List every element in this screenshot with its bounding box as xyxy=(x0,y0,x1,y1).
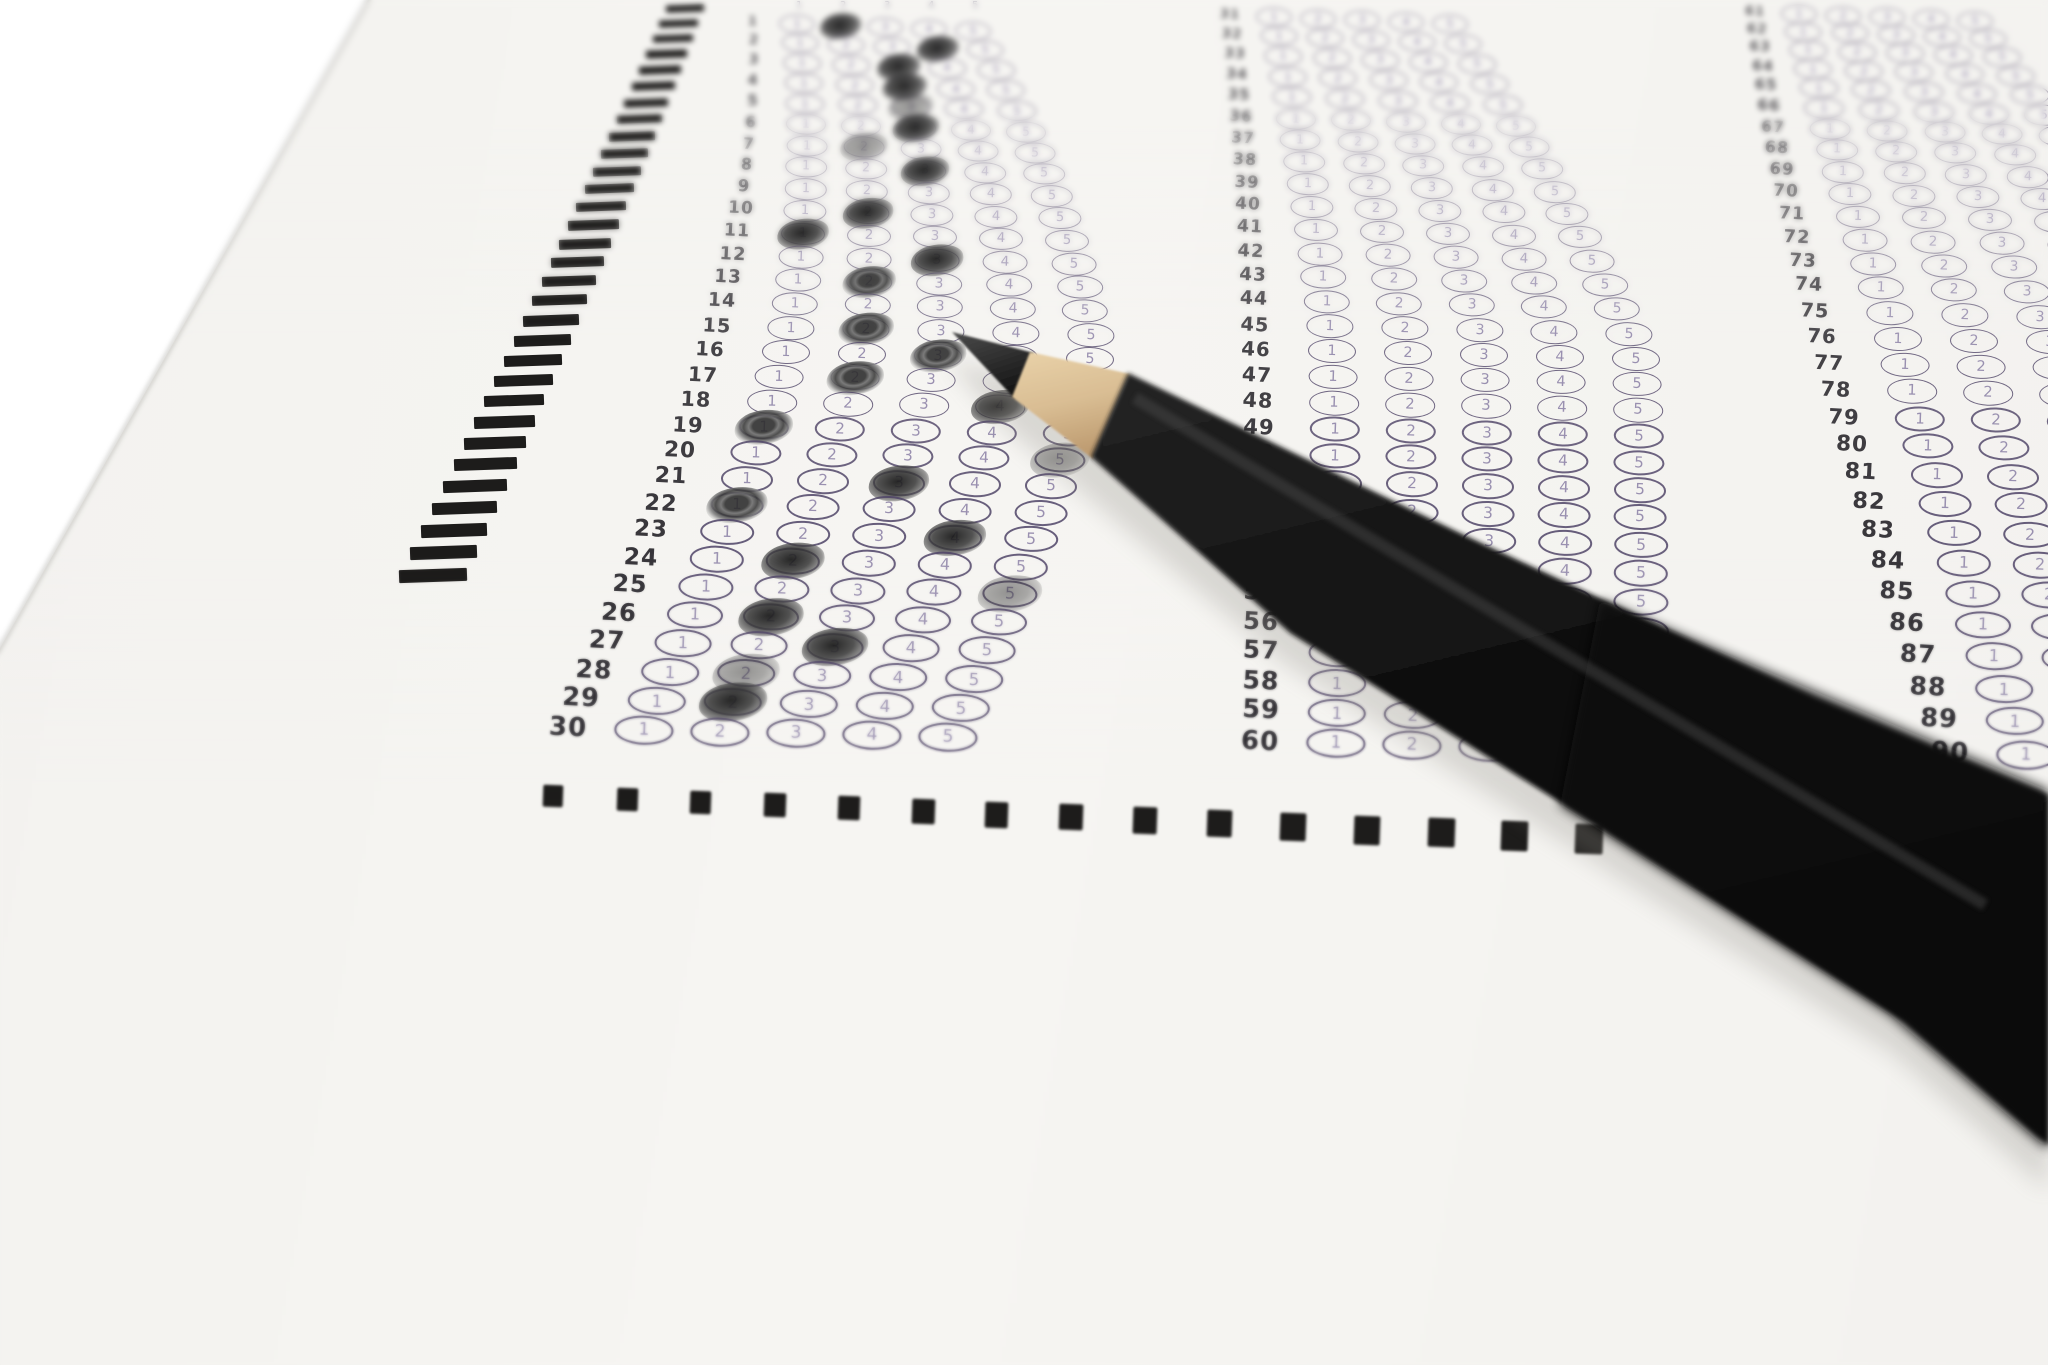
bubble-digit: 2 xyxy=(1892,145,1901,158)
bubble-digit: 5 xyxy=(1071,401,1081,416)
bubble-digit: 5 xyxy=(1046,478,1056,494)
question-number-56: 56 xyxy=(1243,608,1280,634)
bubble-digit: 2 xyxy=(1328,52,1336,64)
bubble-digit: 4 xyxy=(1559,710,1570,727)
question-number-7: 7 xyxy=(743,135,756,151)
bubble-digit: 1 xyxy=(802,118,810,131)
column-header-digit: 4 xyxy=(928,0,934,11)
bubble-digit: 5 xyxy=(992,64,1000,76)
bubble-digit: 1 xyxy=(1846,187,1855,200)
bubble-digit: 2 xyxy=(1408,532,1419,548)
bubble-digit: 1 xyxy=(1949,525,1960,541)
question-number-1: 1 xyxy=(748,15,759,29)
bubble-digit: 5 xyxy=(1635,482,1645,498)
bubble-digit: 3 xyxy=(1483,506,1493,522)
bubble-digit: 3 xyxy=(817,667,828,684)
bubble-digit: 2 xyxy=(1408,560,1419,576)
bubble-digit: 5 xyxy=(1632,377,1642,392)
bubble-digit: 3 xyxy=(2035,309,2045,323)
bubble-digit: 3 xyxy=(902,449,912,464)
bubble-digit: 5 xyxy=(1075,280,1084,294)
bubble-digit: 1 xyxy=(798,57,806,69)
bubble-digit: 3 xyxy=(2009,260,2018,274)
bubble-digit: 2 xyxy=(1867,84,1875,96)
bubble-digit: 4 xyxy=(1530,276,1539,290)
bubble-digit: 1 xyxy=(1804,44,1812,56)
bubble-digit: 2 xyxy=(857,120,865,133)
bubble-digit: 1 xyxy=(1332,644,1343,661)
bubble-digit: 1 xyxy=(689,606,700,623)
bubble-digit: 4 xyxy=(2024,170,2033,183)
question-number-82: 82 xyxy=(1852,489,1886,513)
bubble-digit: 5 xyxy=(1016,558,1027,574)
bubble-digit: 5 xyxy=(1636,594,1647,611)
bubble-digit: 5 xyxy=(1078,376,1088,391)
bubble-digit: 4 xyxy=(1559,740,1570,758)
bubble-digit: 2 xyxy=(1991,413,2001,428)
bubble-digit: 4 xyxy=(1009,350,1019,365)
bubble-digit: 2 xyxy=(1901,167,1910,180)
timing-mark-left xyxy=(432,500,497,515)
bubble-digit: 1 xyxy=(1284,71,1292,83)
bubble-digit: 1 xyxy=(1814,82,1822,94)
question-number-68: 68 xyxy=(1765,139,1790,156)
bubble-digit: 2 xyxy=(1846,27,1854,39)
bubble-digit: 4 xyxy=(1559,507,1569,523)
question-number-80: 80 xyxy=(1836,433,1869,456)
bubble-digit: 4 xyxy=(1402,16,1410,28)
bubble-digit: 1 xyxy=(742,471,752,487)
bubble-digit: 3 xyxy=(1427,181,1436,194)
bubble-digit: 3 xyxy=(936,300,945,314)
question-number-5: 5 xyxy=(747,94,759,109)
bubble-digit: 5 xyxy=(1055,212,1064,225)
bubble-digit: 5 xyxy=(1069,257,1078,271)
bubble-digit: 1 xyxy=(1304,178,1313,191)
timing-mark-bottom xyxy=(1501,821,1529,852)
bubble-digit: 1 xyxy=(1312,223,1321,237)
question-number-81: 81 xyxy=(1844,461,1878,485)
bubble-q3-choice-2: 2 xyxy=(831,54,869,75)
question-number-4: 4 xyxy=(748,74,760,89)
bubble-q12-choice-1: 1 xyxy=(778,245,824,269)
question-number-51: 51 xyxy=(1243,469,1277,493)
bubble-digit: 2 xyxy=(1960,308,1970,322)
bubble-digit: 3 xyxy=(934,277,943,291)
bubble-digit: 2 xyxy=(843,396,853,411)
bubble-digit: 1 xyxy=(1820,102,1828,115)
bubble-digit: 4 xyxy=(1457,118,1465,131)
bubble-digit: 3 xyxy=(1367,34,1375,46)
bubble-digit: 3 xyxy=(1892,29,1900,41)
bubble-q3-choice-1: 1 xyxy=(783,52,821,73)
bubble-digit: 4 xyxy=(960,503,970,519)
bubble-digit: 1 xyxy=(1315,247,1324,261)
bubble-digit: 3 xyxy=(790,725,801,743)
question-number-17: 17 xyxy=(688,364,719,386)
bubble-digit: 2 xyxy=(1372,202,1381,215)
bubble-digit: 5 xyxy=(1538,163,1547,176)
bubble-digit: 1 xyxy=(781,345,791,360)
question-number-29: 29 xyxy=(562,684,601,712)
bubble-digit: 3 xyxy=(888,41,896,53)
bubble-digit: 1 xyxy=(1877,281,1886,295)
question-number-41: 41 xyxy=(1236,219,1263,238)
column-header-digit: 2 xyxy=(840,0,846,11)
bubble-digit: 2 xyxy=(1407,676,1418,693)
timing-mark-left xyxy=(474,415,535,429)
bubble-digit: 1 xyxy=(1331,704,1342,721)
bubble-digit: 2 xyxy=(835,421,845,436)
bubble-digit: 4 xyxy=(1985,107,1993,120)
question-number-53: 53 xyxy=(1243,523,1278,548)
bubble-digit: 4 xyxy=(1560,650,1571,667)
question-number-20: 20 xyxy=(663,439,696,462)
question-number-3: 3 xyxy=(748,54,759,68)
bubble-digit: 2 xyxy=(777,580,788,597)
bubble-q33-choice-3: 3 xyxy=(1361,49,1399,70)
timing-mark-bottom xyxy=(1280,812,1306,841)
bubble-digit: 3 xyxy=(1973,191,1982,204)
question-number-34: 34 xyxy=(1226,67,1249,82)
question-number-36: 36 xyxy=(1229,108,1253,124)
question-number-19: 19 xyxy=(672,414,704,437)
question-number-83: 83 xyxy=(1861,519,1896,544)
bubble-digit: 2 xyxy=(1939,258,1948,272)
bubble-digit: 5 xyxy=(981,44,989,56)
bubble-digit: 3 xyxy=(1962,168,1971,181)
timing-mark-bottom xyxy=(1206,810,1232,838)
bubble-digit: 3 xyxy=(1484,619,1495,636)
bubble-digit: 1 xyxy=(1325,319,1335,333)
bubble-digit: 1 xyxy=(1332,586,1343,603)
bubble-q63-choice-1: 1 xyxy=(1789,39,1827,60)
bubble-digit: 2 xyxy=(842,39,850,51)
bubble-digit: 2 xyxy=(1389,272,1398,286)
question-number-86: 86 xyxy=(1889,609,1926,635)
bubble-digit: 3 xyxy=(1985,213,1994,227)
bubble-digit: 4 xyxy=(1560,535,1571,551)
timing-mark-left xyxy=(666,4,704,12)
bubble-digit: 5 xyxy=(1063,234,1072,248)
bubble-digit: 2 xyxy=(1407,504,1417,520)
question-number-46: 46 xyxy=(1241,339,1271,360)
question-number-60: 60 xyxy=(1241,727,1281,755)
bubble-digit: 2 xyxy=(1949,283,1958,297)
bubble-digit: 5 xyxy=(1636,652,1647,669)
bubble-digit: 5 xyxy=(1612,302,1621,316)
bubble-digit: 2 xyxy=(798,526,809,542)
bubble-digit: 4 xyxy=(1555,350,1565,365)
timing-mark-left xyxy=(421,522,487,537)
bubble-digit: 4 xyxy=(986,188,995,201)
bubble-digit: 3 xyxy=(1481,399,1491,414)
question-number-14: 14 xyxy=(708,291,737,311)
bubble-digit: 3 xyxy=(1940,126,1948,139)
question-number-63: 63 xyxy=(1749,40,1771,55)
bubble-digit: 1 xyxy=(1869,257,1878,271)
bubble-digit: 4 xyxy=(1560,592,1571,609)
timing-mark-bottom xyxy=(543,785,564,808)
bubble-digit: 1 xyxy=(800,77,808,89)
bubble-digit: 4 xyxy=(1998,128,2006,141)
bubble-digit: 4 xyxy=(917,612,928,629)
question-number-72: 72 xyxy=(1783,228,1811,247)
question-number-43: 43 xyxy=(1239,265,1268,285)
bubble-digit: 1 xyxy=(794,273,803,287)
timing-mark-bottom xyxy=(616,787,637,810)
timing-mark-left xyxy=(568,219,619,230)
bubble-digit: 1 xyxy=(802,139,810,152)
bubble-digit: 4 xyxy=(1499,206,1508,219)
bubble-digit: 1 xyxy=(1332,558,1343,574)
bubble-digit: 2 xyxy=(851,79,859,91)
question-number-9: 9 xyxy=(738,178,751,195)
question-number-78: 78 xyxy=(1821,378,1853,400)
bubble-digit: 2 xyxy=(1999,441,2009,456)
bubble-digit: 4 xyxy=(2011,149,2020,162)
timing-mark-bottom xyxy=(1059,804,1084,831)
bubble-digit: 5 xyxy=(1460,38,1468,50)
bubble-digit: 4 xyxy=(1556,375,1566,390)
bubble-digit: 4 xyxy=(1005,278,1014,292)
question-number-45: 45 xyxy=(1240,314,1270,335)
bubble-digit: 3 xyxy=(926,373,936,388)
bubble-digit: 1 xyxy=(1330,448,1340,463)
question-number-6: 6 xyxy=(745,114,757,130)
bubble-digit: 2 xyxy=(2007,469,2017,485)
bubble-digit: 4 xyxy=(992,210,1001,223)
bubble-digit: 1 xyxy=(1322,295,1331,309)
bubble-digit: 5 xyxy=(1550,185,1559,198)
bubble-digit: 4 xyxy=(1446,97,1454,109)
bubble-digit: 4 xyxy=(1008,302,1017,316)
photo-scene: 1123452123453123454123455123456123457123… xyxy=(0,0,2048,1365)
bubble-digit: 4 xyxy=(987,425,997,440)
bubble-digit: 2 xyxy=(1969,333,1979,348)
bubble-digit: 5 xyxy=(1631,351,1641,366)
timing-mark-bottom xyxy=(1575,823,1604,854)
bubble-digit: 4 xyxy=(1550,325,1560,339)
bubble-digit: 3 xyxy=(884,501,894,517)
bubble-digit: 3 xyxy=(1467,298,1476,312)
timing-mark-bottom xyxy=(1427,818,1455,848)
bubble-digit: 1 xyxy=(802,161,811,174)
question-number-76: 76 xyxy=(1807,326,1837,347)
bubble-digit: 2 xyxy=(1360,157,1369,170)
bubble-digit: 2 xyxy=(2044,587,2048,604)
bubble-digit: 2 xyxy=(1929,235,1938,249)
bubble-digit: 2 xyxy=(1395,296,1404,310)
bubble-digit: 1 xyxy=(793,18,801,30)
bubble-digit: 4 xyxy=(1938,31,1946,43)
bubble-digit: 5 xyxy=(1563,207,1572,220)
question-number-31: 31 xyxy=(1220,8,1241,22)
bubble-digit: 3 xyxy=(931,231,940,245)
question-number-15: 15 xyxy=(702,315,732,336)
timing-mark-left xyxy=(399,567,467,582)
question-number-44: 44 xyxy=(1239,289,1268,309)
bubble-digit: 1 xyxy=(1988,648,1999,665)
bubble-digit: 5 xyxy=(1525,141,1533,154)
bubble-digit: 1 xyxy=(1853,210,1862,224)
bubble-digit: 2 xyxy=(2034,557,2045,573)
bubble-digit: 4 xyxy=(1540,300,1549,314)
bubble-digit: 1 xyxy=(1799,26,1807,38)
bubble-digit: 2 xyxy=(1366,179,1375,192)
bubble-digit: 2 xyxy=(854,99,862,111)
bubble-digit: 3 xyxy=(881,22,889,34)
bubble-digit: 1 xyxy=(1861,233,1870,247)
question-number-66: 66 xyxy=(1757,98,1781,114)
bubble-digit: 3 xyxy=(1393,95,1401,107)
question-number-71: 71 xyxy=(1778,205,1805,224)
bubble-digit: 1 xyxy=(767,394,777,409)
bubble-digit: 3 xyxy=(1479,348,1489,363)
question-number-67: 67 xyxy=(1761,118,1786,135)
bubble-digit: 5 xyxy=(1022,125,1030,138)
column-header-digit: 5 xyxy=(972,0,978,11)
question-number-70: 70 xyxy=(1773,182,1800,200)
question-number-69: 69 xyxy=(1769,160,1795,178)
bubble-digit: 1 xyxy=(722,524,733,540)
bubble-digit: 2 xyxy=(1406,423,1416,438)
timing-mark-left xyxy=(609,131,655,141)
answer-sheet-paper xyxy=(0,0,2048,1365)
bubble-digit: 1 xyxy=(2021,746,2032,764)
question-number-13: 13 xyxy=(713,268,742,288)
bubble-digit: 3 xyxy=(936,324,946,338)
question-number-89: 89 xyxy=(1920,705,1959,733)
bubble-digit: 2 xyxy=(857,346,867,361)
bubble-digit: 1 xyxy=(801,182,810,195)
bubble-digit: 3 xyxy=(925,186,934,199)
question-number-79: 79 xyxy=(1828,405,1860,428)
bubble-digit: 2 xyxy=(865,229,874,243)
question-number-54: 54 xyxy=(1243,551,1279,576)
bubble-digit: 2 xyxy=(753,636,764,653)
question-number-61: 61 xyxy=(1745,5,1766,19)
bubble-digit: 3 xyxy=(1483,478,1493,494)
bubble-digit: 3 xyxy=(1483,708,1494,725)
bubble-digit: 5 xyxy=(1048,190,1057,203)
bubble-digit: 1 xyxy=(1908,384,1918,399)
question-number-18: 18 xyxy=(680,388,712,410)
bubble-q69-choice-4: 4 xyxy=(2007,165,2048,188)
question-number-16: 16 xyxy=(695,339,725,360)
question-number-26: 26 xyxy=(600,599,637,625)
bubble-q36-choice-3: 3 xyxy=(1386,111,1427,133)
bubble-digit: 3 xyxy=(1402,116,1410,129)
bubble-digit: 5 xyxy=(1636,565,1647,581)
bubble-digit: 5 xyxy=(1636,537,1647,553)
bubble-digit: 4 xyxy=(967,123,975,136)
bubble-q61-choice-1: 1 xyxy=(1781,4,1818,24)
bubble-digit: 1 xyxy=(1915,411,1925,426)
bubble-digit: 5 xyxy=(969,25,977,37)
bubble-digit: 3 xyxy=(1451,250,1460,264)
bubble-digit: 4 xyxy=(1560,621,1571,638)
bubble-digit: 2 xyxy=(1860,64,1868,76)
bubble-digit: 3 xyxy=(864,555,875,571)
bubble-digit: 1 xyxy=(1275,30,1283,42)
bubble-digit: 3 xyxy=(928,208,937,221)
question-number-22: 22 xyxy=(644,491,678,515)
bubble-digit: 2 xyxy=(1347,114,1355,127)
question-number-25: 25 xyxy=(612,572,648,598)
question-number-8: 8 xyxy=(741,157,754,174)
timing-mark-left xyxy=(410,545,477,560)
question-number-48: 48 xyxy=(1242,389,1274,411)
bubble-digit: 1 xyxy=(1331,502,1341,518)
timing-mark-left xyxy=(504,353,562,366)
column-header-digit: 1 xyxy=(796,0,802,11)
bubble-digit: 4 xyxy=(1001,255,1010,269)
bubble-digit: 5 xyxy=(1635,742,1646,760)
bubble-digit: 4 xyxy=(1557,401,1567,416)
bubble-digit: 5 xyxy=(1971,15,1979,27)
bubble-digit: 2 xyxy=(864,252,873,266)
question-number-65: 65 xyxy=(1754,78,1777,94)
bubble-digit: 3 xyxy=(917,143,925,156)
bubble-digit: 3 xyxy=(1435,204,1444,217)
bubble-q1-choice-1: 1 xyxy=(779,14,816,34)
bubble-digit: 3 xyxy=(1910,66,1918,78)
bubble-digit: 4 xyxy=(1002,375,1012,390)
bubble-digit: 1 xyxy=(1270,11,1278,23)
question-number-23: 23 xyxy=(634,518,669,543)
bubble-digit: 1 xyxy=(1839,165,1848,178)
bubble-digit: 1 xyxy=(801,97,809,109)
question-number-90: 90 xyxy=(1931,738,1971,766)
bubble-digit: 1 xyxy=(1331,735,1342,753)
bubble-digit: 5 xyxy=(969,670,980,687)
bubble-digit: 5 xyxy=(1473,57,1481,69)
bubble-digit: 1 xyxy=(1809,63,1817,75)
question-number-12: 12 xyxy=(719,245,747,264)
bubble-digit: 3 xyxy=(1997,236,2006,250)
bubble-digit: 1 xyxy=(1332,615,1343,632)
bubble-q12-choice-4: 4 xyxy=(983,250,1029,274)
bubble-digit: 5 xyxy=(1002,84,1010,96)
bubble-digit: 2 xyxy=(847,59,855,71)
bubble-digit: 2 xyxy=(1341,93,1349,105)
bubble-digit: 1 xyxy=(796,250,805,264)
bubble-q9-choice-1: 1 xyxy=(784,177,827,200)
bubble-q31-choice-1: 1 xyxy=(1256,7,1293,27)
bubble-digit: 2 xyxy=(1407,706,1418,723)
timing-mark-left xyxy=(513,334,570,347)
bubble-digit: 3 xyxy=(874,528,885,544)
bubble-digit: 5 xyxy=(1446,18,1454,30)
question-number-88: 88 xyxy=(1909,673,1947,700)
bubble-digit: 1 xyxy=(2009,713,2020,730)
bubble-digit: 5 xyxy=(1635,509,1645,525)
bubble-digit: 3 xyxy=(1482,451,1492,466)
bubble-digit: 4 xyxy=(940,557,951,573)
bubble-digit: 1 xyxy=(1931,467,1941,483)
timing-mark-left xyxy=(464,436,526,450)
bubble-digit: 5 xyxy=(1588,254,1597,268)
bubble-digit: 1 xyxy=(1826,122,1834,135)
bubble-digit: 3 xyxy=(1411,137,1419,150)
question-number-39: 39 xyxy=(1234,173,1260,191)
bubble-digit: 3 xyxy=(1901,47,1909,59)
bubble-digit: 4 xyxy=(1558,427,1568,442)
question-number-58: 58 xyxy=(1242,667,1280,694)
bubble-digit: 2 xyxy=(1408,588,1419,605)
bubble-digit: 3 xyxy=(1484,533,1495,549)
